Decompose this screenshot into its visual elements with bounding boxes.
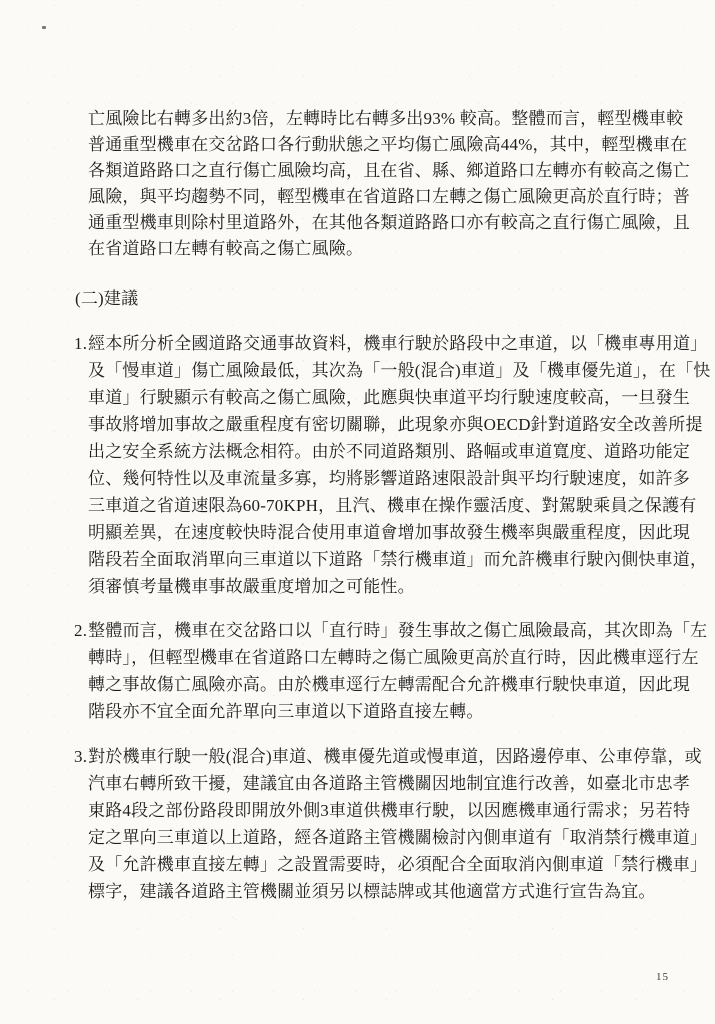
paragraph-line: 2.整體而言，機車在交岔路口以「直行時」發生事故之傷亡風險最高，其次即為「左 bbox=[74, 617, 707, 644]
paragraph-line: 普通重型機車在交岔路口各行動狀態之平均傷亡風險高44%，其中，輕型機車在 bbox=[88, 132, 690, 158]
paragraph-line: 車道」行駛顯示有較高之傷亡風險，此應與快車道平均行駛速度較高，一旦發生 bbox=[88, 384, 710, 411]
paragraph-line: 汽車右轉所致干擾，建議宜由各道路主管機關因地制宜進行改善，如臺北市忠孝 bbox=[88, 770, 707, 797]
intro-paragraph: 亡風險比右轉多出約3倍，左轉時比右轉多出93% 較高。整體而言，輕型機車較 普通… bbox=[88, 106, 690, 262]
paragraph-line: 定之單向三車道以上道路，經各道路主管機關檢討內側車道有「取消禁行機車道」 bbox=[88, 824, 707, 851]
line-text: 整體而言，機車在交岔路口以「直行時」發生事故之傷亡風險最高，其次即為「左 bbox=[88, 621, 707, 640]
paragraph-line: 通重型機車則除村里道路外，在其他各類道路路口亦有較高之直行傷亡風險，且 bbox=[88, 210, 690, 236]
recommendation-item-1: 1.經本所分析全國道路交通事故資料，機車行駛於路段中之車道，以「機車專用道」 及… bbox=[74, 330, 710, 600]
paragraph-line: 及「慢車道」傷亡風險最低，其次為「一般(混合)車道」及「機車優先道」，在「快 bbox=[88, 357, 710, 384]
page-number: 15 bbox=[656, 971, 669, 983]
line-text: 對於機車行駛一般(混合)車道、機車優先道或慢車道，因路邊停車、公車停靠，或 bbox=[88, 747, 702, 766]
paragraph-line: 事故將增加事故之嚴重程度有密切關聯，此現象亦與OECD針對道路安全改善所提 bbox=[88, 411, 710, 438]
paragraph-line: 出之安全系統方法概念相符。由於不同道路類別、路幅或車道寬度、道路功能定 bbox=[88, 438, 710, 465]
paragraph-line: 1.經本所分析全國道路交通事故資料，機車行駛於路段中之車道，以「機車專用道」 bbox=[74, 330, 710, 357]
paragraph-line: 在省道路口左轉有較高之傷亡風險。 bbox=[88, 236, 690, 262]
paragraph-line: 亡風險比右轉多出約3倍，左轉時比右轉多出93% 較高。整體而言，輕型機車較 bbox=[88, 106, 690, 132]
paragraph-line: 轉時」，但輕型機車在省道路口左轉時之傷亡風險更高於直行時，因此機車逕行左 bbox=[88, 644, 707, 671]
recommendation-item-3: 3.對於機車行駛一般(混合)車道、機車優先道或慢車道，因路邊停車、公車停靠，或 … bbox=[74, 743, 707, 905]
list-marker: 1. bbox=[74, 334, 87, 353]
scan-speckle bbox=[42, 26, 46, 29]
paragraph-line: 標字，建議各道路主管機關並須另以標誌牌或其他適當方式進行宣告為宜。 bbox=[88, 878, 707, 905]
paragraph-line: 明顯差異，在速度較快時混合使用車道會增加事故發生機率與嚴重程度，因此現 bbox=[88, 519, 710, 546]
paragraph-line: 各類道路路口之直行傷亡風險均高，且在省、縣、鄉道路口左轉亦有較高之傷亡 bbox=[88, 158, 690, 184]
paragraph-line: 須審慎考量機車事故嚴重度增加之可能性。 bbox=[88, 573, 710, 600]
paragraph-line: 3.對於機車行駛一般(混合)車道、機車優先道或慢車道，因路邊停車、公車停靠，或 bbox=[74, 743, 707, 770]
paragraph-line: 東路4段之部份路段即開放外側3車道供機車行駛，以因應機車通行需求；另若特 bbox=[88, 797, 707, 824]
line-text: 經本所分析全國道路交通事故資料，機車行駛於路段中之車道，以「機車專用道」 bbox=[88, 334, 707, 353]
list-marker: 2. bbox=[74, 621, 87, 640]
document-page: 亡風險比右轉多出約3倍，左轉時比右轉多出93% 較高。整體而言，輕型機車較 普通… bbox=[0, 0, 715, 1024]
paragraph-line: 三車道之省道速限為60-70KPH，且汽、機車在操作靈活度、對駕駛乘員之保護有 bbox=[88, 492, 710, 519]
paragraph-line: 階段若全面取消單向三車道以下道路「禁行機車道」而允許機車行駛內側快車道， bbox=[88, 546, 710, 573]
paragraph-line: 位、幾何特性以及車流量多寡，均將影響道路速限設計與平均行駛速度，如許多 bbox=[88, 465, 710, 492]
paragraph-line: 階段亦不宜全面允許單向三車道以下道路直接左轉。 bbox=[88, 698, 707, 725]
paragraph-line: 轉之事故傷亡風險亦高。由於機車逕行左轉需配合允許機車行駛快車道，因此現 bbox=[88, 671, 707, 698]
recommendation-item-2: 2.整體而言，機車在交岔路口以「直行時」發生事故之傷亡風險最高，其次即為「左 轉… bbox=[74, 617, 707, 725]
paragraph-line: 及「允許機車直接左轉」之設置需要時，必須配合全面取消內側車道「禁行機車」 bbox=[88, 851, 707, 878]
section-heading: (二)建議 bbox=[75, 285, 138, 312]
list-marker: 3. bbox=[74, 747, 87, 766]
paragraph-line: 風險，與平均趨勢不同，輕型機車在省道路口左轉之傷亡風險更高於直行時；普 bbox=[88, 184, 690, 210]
